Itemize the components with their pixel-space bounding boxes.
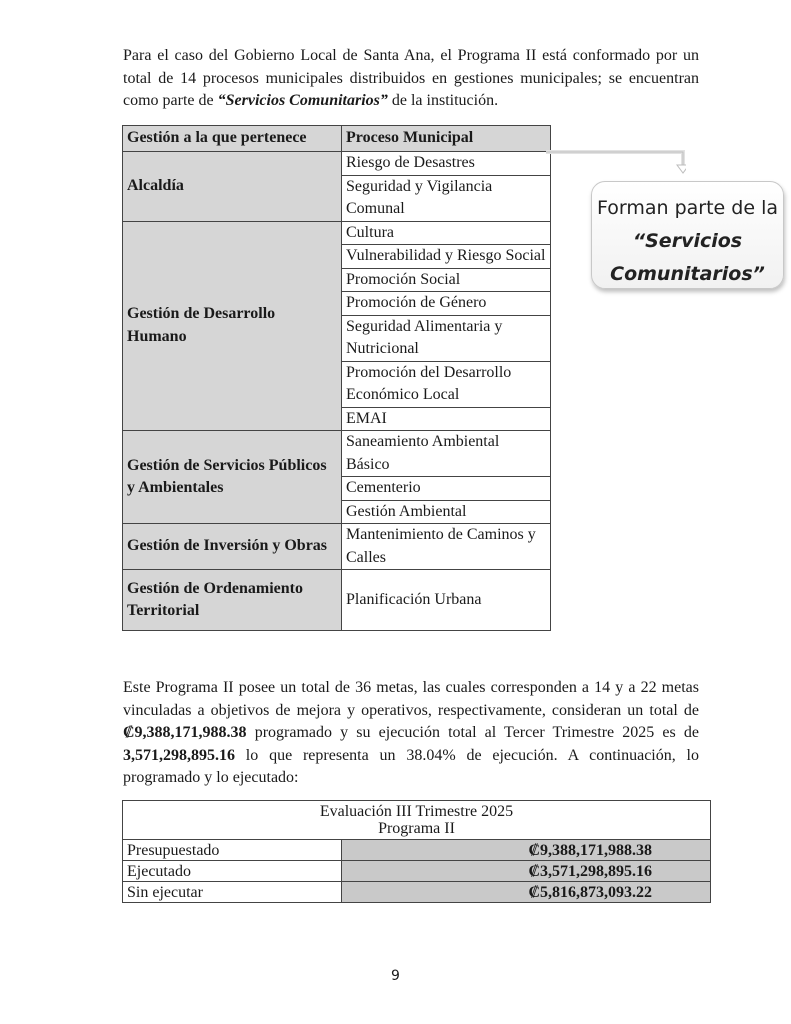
gestion-cell: Gestión de Ordenamiento Territorial [123,570,342,631]
row-value: ₡9,388,171,988.38 [342,840,711,861]
page-number: 9 [0,968,791,984]
row-value: ₡3,571,298,895.16 [342,861,711,882]
row-label: Presupuestado [123,840,342,861]
summary-text: Este Programa II posee un total de 36 me… [123,679,699,719]
table-row: Gestión de Desarrollo HumanoCultura [123,221,551,245]
table-row: Gestión de Inversión y ObrasMantenimient… [123,524,551,570]
evaluation-table: Evaluación III Trimestre 2025 Programa I… [122,800,711,903]
amount-programmed: ₡9,388,171,988.38 [123,724,247,741]
gestion-cell: Gestión de Inversión y Obras [123,524,342,570]
process-table: Gestión a la que pertenece Proceso Munic… [122,125,551,631]
proceso-cell: Cementerio [342,477,551,501]
table-row: Gestión de Servicios Públicos y Ambienta… [123,431,551,477]
gestion-cell: Alcaldía [123,152,342,222]
evaluation-title: Evaluación III Trimestre 2025 Programa I… [123,801,711,840]
amount-executed: 3,571,298,895.16 [123,747,235,764]
gestion-cell: Gestión de Desarrollo Humano [123,221,342,431]
proceso-cell: Seguridad Alimentaria y Nutricional [342,315,551,361]
callout-emphasis: “Servicios Comunitarios” [610,230,765,285]
proceso-cell: Promoción del Desarrollo Económico Local [342,361,551,407]
evaluation-title-line-1: Evaluación III Trimestre 2025 [320,803,513,820]
evaluation-row: Ejecutado ₡3,571,298,895.16 [123,861,711,882]
proceso-cell: Cultura [342,221,551,245]
proceso-cell: Seguridad y Vigilancia Comunal [342,175,551,221]
proceso-cell: Promoción Social [342,268,551,292]
proceso-cell: EMAI [342,407,551,431]
proceso-cell: Mantenimiento de Caminos y Calles [342,524,551,570]
proceso-cell: Promoción de Género [342,292,551,316]
proceso-cell: Vulnerabilidad y Riesgo Social [342,245,551,269]
callout-box: Forman parte de la “Servicios Comunitari… [591,181,784,289]
proceso-cell: Gestión Ambiental [342,500,551,524]
proceso-cell: Saneamiento Ambiental Básico [342,431,551,477]
summary-text-mid: programado y su ejecución total al Terce… [247,724,699,741]
evaluation-table-header: Evaluación III Trimestre 2025 Programa I… [123,801,711,840]
proceso-cell: Planificación Urbana [342,570,551,631]
evaluation-row: Presupuestado ₡9,388,171,988.38 [123,840,711,861]
process-table-body: AlcaldíaRiesgo de DesastresSeguridad y V… [123,152,551,631]
summary-paragraph: Este Programa II posee un total de 36 me… [123,677,699,790]
evaluation-row: Sin ejecutar ₡5,816,873,093.22 [123,882,711,903]
connector-arrow-icon [546,149,686,179]
intro-emphasis: “Servicios Comunitarios” [218,92,388,109]
row-value: ₡5,816,873,093.22 [342,882,711,903]
evaluation-title-line-2: Programa II [378,820,455,837]
process-table-header: Gestión a la que pertenece Proceso Munic… [123,126,551,152]
header-gestion: Gestión a la que pertenece [123,126,342,152]
callout-text: Forman parte de la [597,197,778,219]
proceso-cell: Riesgo de Desastres [342,152,551,176]
intro-paragraph: Para el caso del Gobierno Local de Santa… [123,45,699,113]
row-label: Sin ejecutar [123,882,342,903]
table-row: AlcaldíaRiesgo de Desastres [123,152,551,176]
gestion-cell: Gestión de Servicios Públicos y Ambienta… [123,431,342,524]
header-proceso: Proceso Municipal [342,126,551,152]
table-row: Gestión de Ordenamiento TerritorialPlani… [123,570,551,631]
row-label: Ejecutado [123,861,342,882]
intro-text-end: de la institución. [388,92,498,109]
